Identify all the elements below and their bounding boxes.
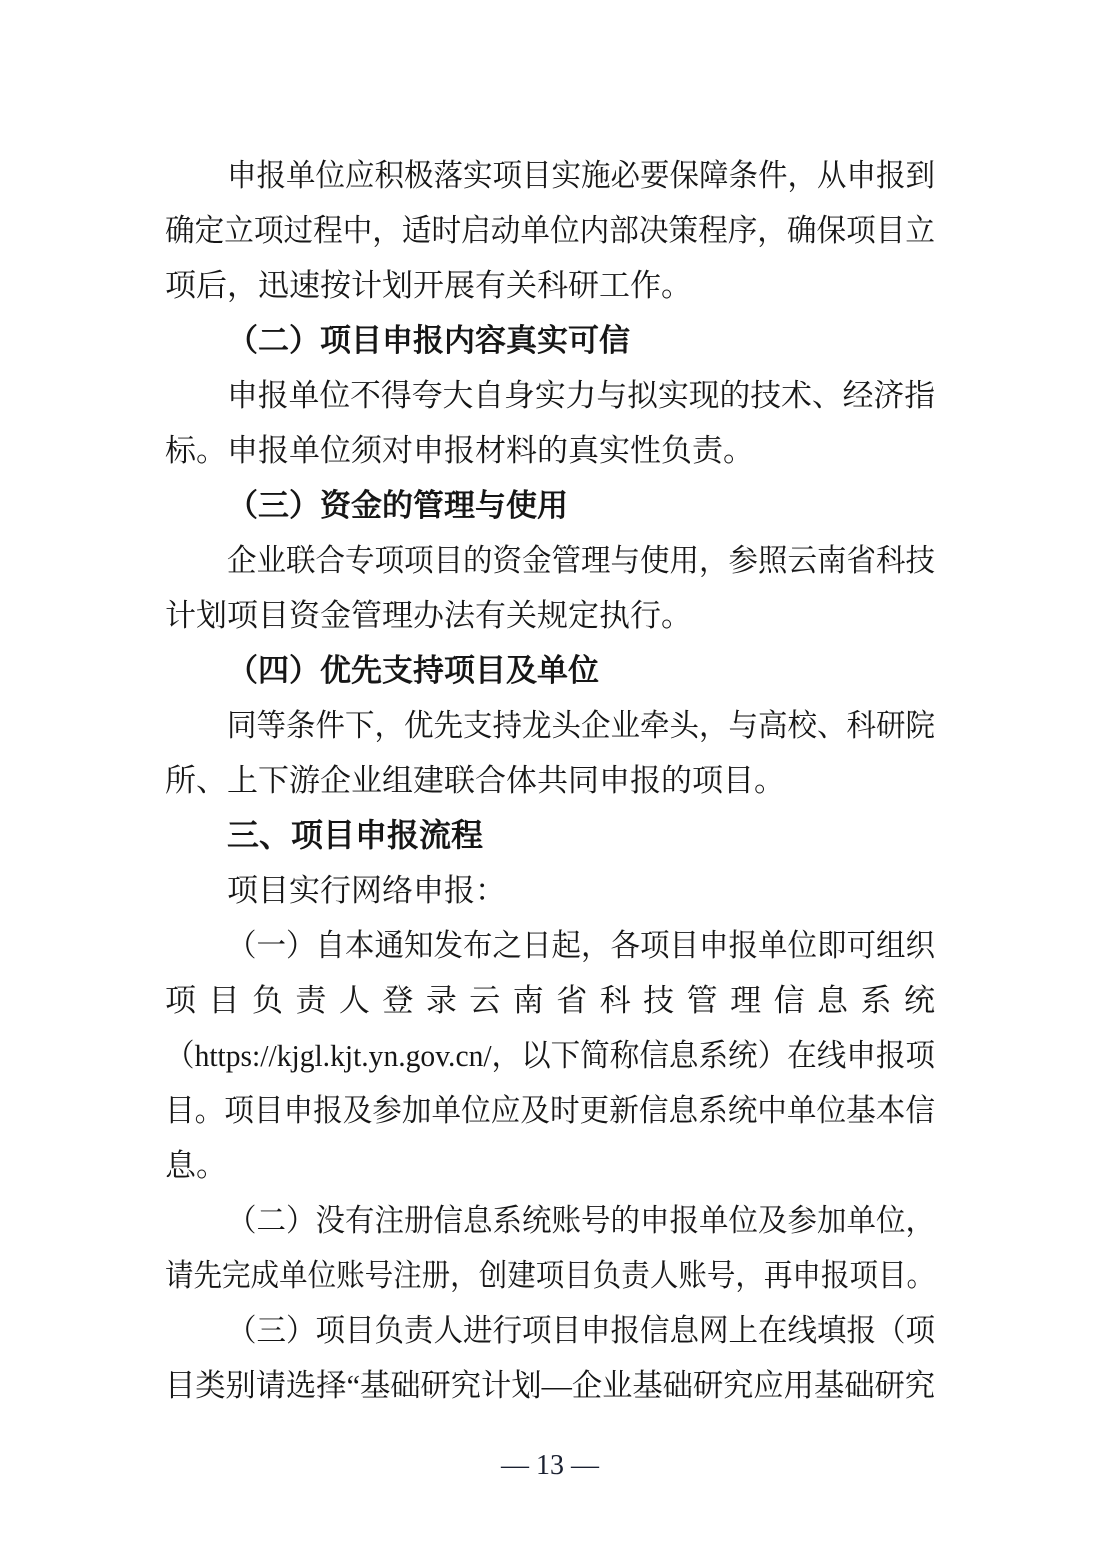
- text-line: 申报单位应积极落实项目实施必要保障条件，从申报到: [165, 148, 935, 203]
- text-line: 所、上下游企业组建联合体共同申报的项目。: [165, 753, 935, 808]
- text-line-content: （三）项目负责人进行项目申报信息网上在线填报（项: [227, 1303, 935, 1358]
- text-line: 请先完成单位账号注册，创建项目负责人账号，再申报项目。: [165, 1248, 935, 1303]
- text-line-content: 申报单位不得夸大自身实力与拟实现的技术、经济指: [227, 368, 935, 423]
- text-line-content: （三）资金的管理与使用: [227, 478, 568, 533]
- text-line: 确定立项过程中，适时启动单位内部决策程序，确保项目立: [165, 203, 935, 258]
- document-page: 申报单位应积极落实项目实施必要保障条件，从申报到确定立项过程中，适时启动单位内部…: [0, 0, 1102, 1559]
- text-line-content: 请先完成单位账号注册，创建项目负责人账号，再申报项目。: [165, 1248, 935, 1303]
- text-line: 计划项目资金管理办法有关规定执行。: [165, 588, 935, 643]
- text-line-content: 标。申报单位须对申报材料的真实性负责。: [165, 423, 754, 478]
- text-line: 项目负责人登录云南省科技管理信息系统: [165, 973, 935, 1028]
- text-line-content: 计划项目资金管理办法有关规定执行。: [165, 588, 692, 643]
- text-line-content: 企业联合专项项目的资金管理与使用，参照云南省科技: [227, 533, 935, 588]
- text-line: （二）没有注册信息系统账号的申报单位及参加单位，: [165, 1193, 935, 1248]
- text-line: 三、项目申报流程: [165, 808, 935, 863]
- text-line: （三）项目负责人进行项目申报信息网上在线填报（项: [165, 1303, 935, 1358]
- text-line: 项后，迅速按计划开展有关科研工作。: [165, 258, 935, 313]
- text-line: 企业联合专项项目的资金管理与使用，参照云南省科技: [165, 533, 935, 588]
- text-line-content: （https://kjgl.kjt.yn.gov.cn/，以下简称信息系统）在线…: [165, 1028, 935, 1083]
- text-line: （三）资金的管理与使用: [165, 478, 935, 533]
- text-line-content: 确定立项过程中，适时启动单位内部决策程序，确保项目立: [165, 203, 935, 258]
- text-line-content: 项目实行网络申报：: [227, 863, 506, 918]
- text-line: 目。项目申报及参加单位应及时更新信息系统中单位基本信: [165, 1083, 935, 1138]
- text-line: （一）自本通知发布之日起，各项目申报单位即可组织: [165, 918, 935, 973]
- text-line-content: 项目负责人登录云南省科技管理信息系统: [165, 973, 947, 1028]
- text-line-content: （二）没有注册信息系统账号的申报单位及参加单位，: [227, 1193, 935, 1248]
- text-line-content: （一）自本通知发布之日起，各项目申报单位即可组织: [227, 918, 935, 973]
- text-line: 同等条件下，优先支持龙头企业牵头，与高校、科研院: [165, 698, 935, 753]
- text-line-content: （二）项目申报内容真实可信: [227, 313, 630, 368]
- text-line: 目类别请选择“基础研究计划—企业基础研究应用基础研究: [165, 1358, 935, 1413]
- text-line-content: （四）优先支持项目及单位: [227, 643, 599, 698]
- page-number: — 13 —: [165, 1448, 935, 1484]
- text-line: 标。申报单位须对申报材料的真实性负责。: [165, 423, 935, 478]
- text-line-content: 目类别请选择“基础研究计划—企业基础研究应用基础研究: [165, 1358, 935, 1413]
- text-line: 息。: [165, 1138, 935, 1193]
- text-line-content: 申报单位应积极落实项目实施必要保障条件，从申报到: [227, 148, 935, 203]
- document-body: 申报单位应积极落实项目实施必要保障条件，从申报到确定立项过程中，适时启动单位内部…: [165, 148, 935, 1413]
- text-line: 项目实行网络申报：: [165, 863, 935, 918]
- text-line: （二）项目申报内容真实可信: [165, 313, 935, 368]
- text-line-content: 息。: [165, 1138, 227, 1193]
- text-line: （https://kjgl.kjt.yn.gov.cn/，以下简称信息系统）在线…: [165, 1028, 935, 1083]
- text-line-content: 所、上下游企业组建联合体共同申报的项目。: [165, 753, 785, 808]
- text-line-content: 三、项目申报流程: [227, 808, 483, 863]
- text-line-content: 目。项目申报及参加单位应及时更新信息系统中单位基本信: [165, 1083, 935, 1138]
- text-line: 申报单位不得夸大自身实力与拟实现的技术、经济指: [165, 368, 935, 423]
- text-line: （四）优先支持项目及单位: [165, 643, 935, 698]
- text-line-content: 项后，迅速按计划开展有关科研工作。: [165, 258, 692, 313]
- text-line-content: 同等条件下，优先支持龙头企业牵头，与高校、科研院: [227, 698, 935, 753]
